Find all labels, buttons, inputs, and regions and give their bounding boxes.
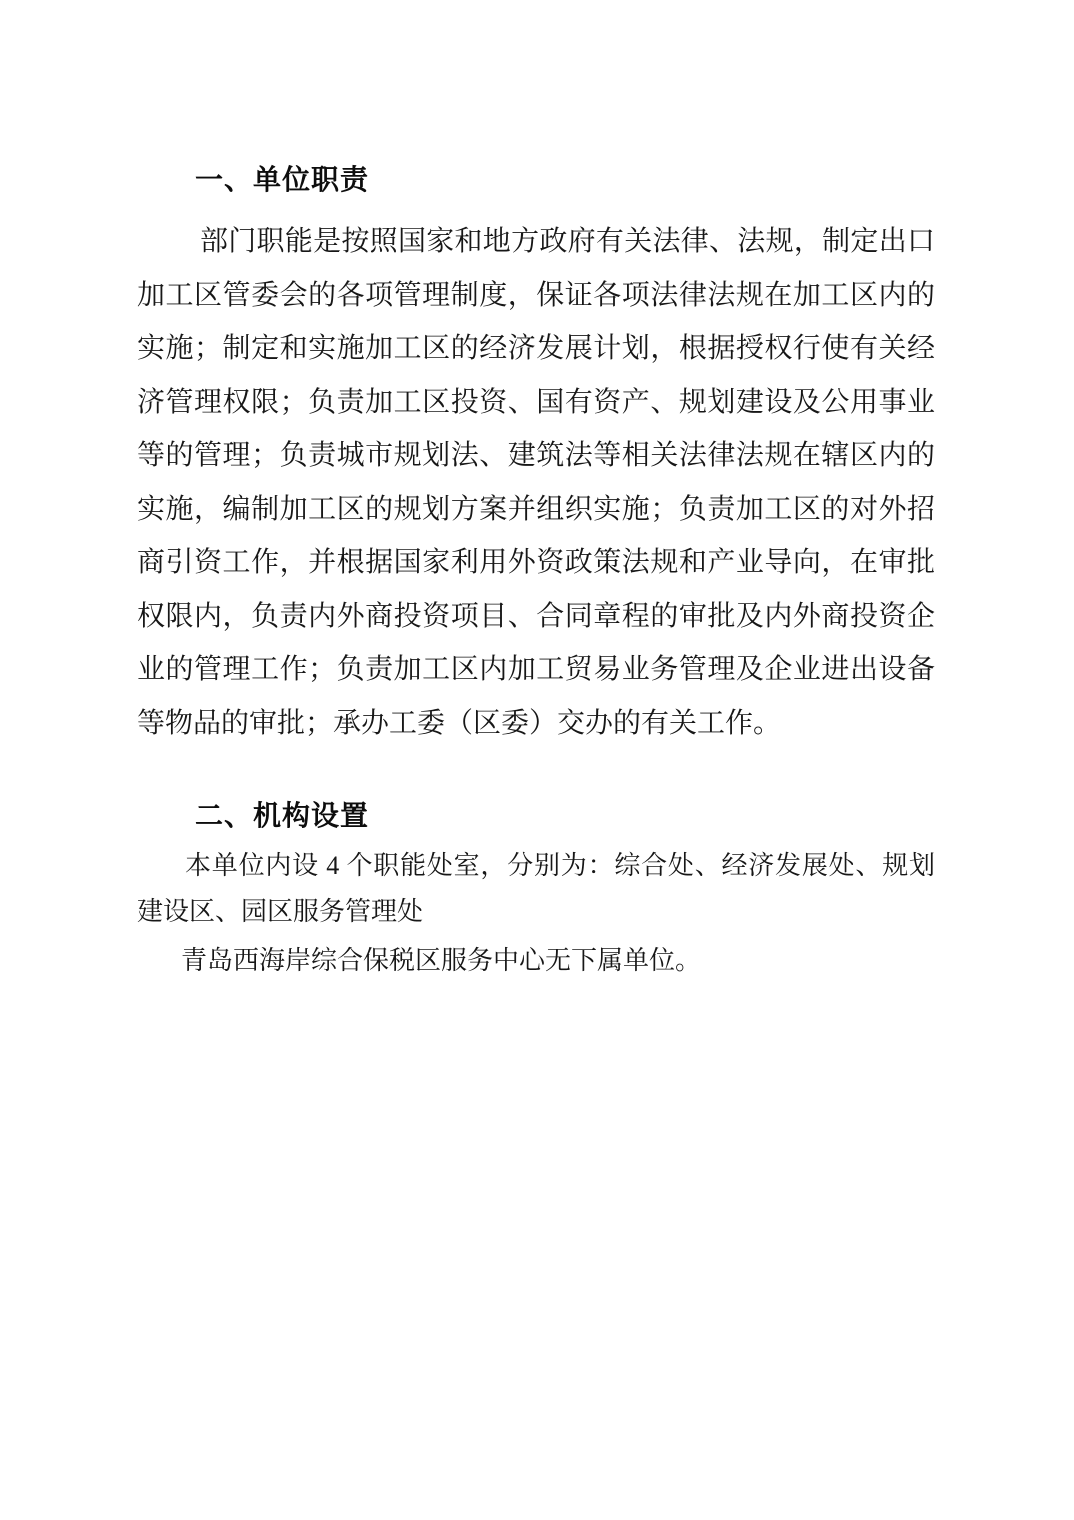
section-unit-duties: 一、单位职责 部门职能是按照国家和地方政府有关法律、法规，制定出口加工区管委会的…	[137, 163, 935, 750]
section-1-heading: 一、单位职责	[195, 163, 935, 196]
section-1-paragraph-duties: 部门职能是按照国家和地方政府有关法律、法规，制定出口加工区管委会的各项管理制度，…	[137, 215, 935, 750]
section-org-structure: 二、机构设置 本单位内设 4 个职能处室，分别为：综合处、经济发展处、规划建设区…	[137, 799, 935, 984]
document-page: 一、单位职责 部门职能是按照国家和地方政府有关法律、法规，制定出口加工区管委会的…	[0, 0, 1074, 1520]
section-2-paragraph-subordinates: 青岛西海岸综合保税区服务中心无下属单位。	[137, 938, 935, 984]
section-2-paragraph-departments: 本单位内设 4 个职能处室，分别为：综合处、经济发展处、规划建设区、园区服务管理…	[137, 843, 935, 935]
section-2-heading: 二、机构设置	[195, 799, 935, 832]
